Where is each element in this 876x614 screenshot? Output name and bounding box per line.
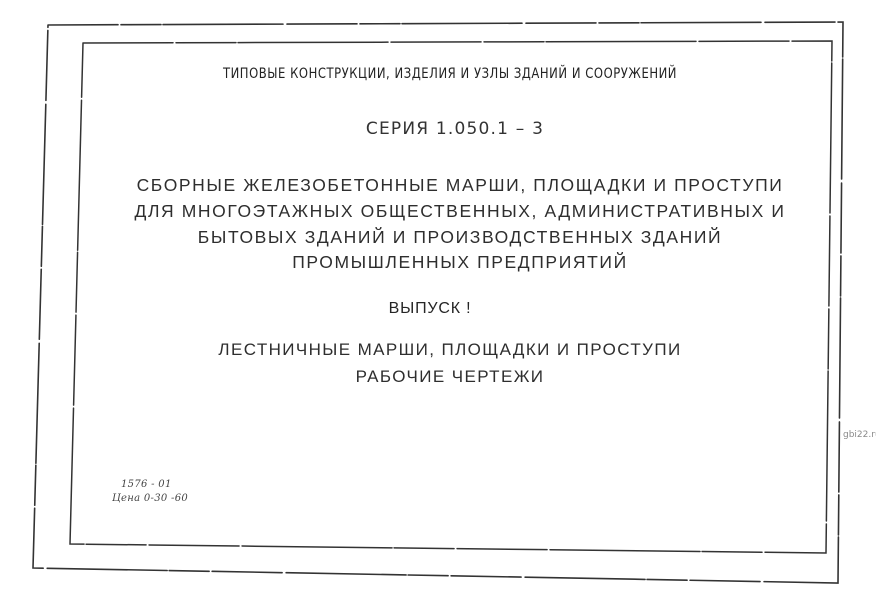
handwritten-note: Цена 0-30 -60 [112, 493, 188, 504]
watermark: gbi22.ru [843, 430, 876, 440]
issue-label: ВЫПУСК ! [330, 300, 530, 318]
title-line: ПРОМЫШЛЕННЫХ ПРЕДПРИЯТИЙ [100, 252, 820, 273]
subtitle-line: ЛЕСТНИЧНЫЕ МАРШИ, ПЛОЩАДКИ И ПРОСТУПИ [150, 340, 750, 360]
series-header: ТИПОВЫЕ КОНСТРУКЦИИ, ИЗДЕЛИЯ И УЗЛЫ ЗДАН… [202, 66, 699, 82]
subtitle-line: РАБОЧИЕ ЧЕРТЕЖИ [150, 367, 750, 387]
handwritten-note: 1576 - 01 [121, 479, 172, 490]
title-line: СБОРНЫЕ ЖЕЛЕЗОБЕТОННЫЕ МАРШИ, ПЛОЩАДКИ И… [100, 175, 820, 196]
series-code: СЕРИЯ 1.050.1 – 3 [340, 119, 570, 139]
title-line: БЫТОВЫХ ЗДАНИЙ И ПРОИЗВОДСТВЕННЫХ ЗДАНИЙ [100, 227, 820, 248]
inner-border [70, 41, 832, 553]
title-line: ДЛЯ МНОГОЭТАЖНЫХ ОБЩЕСТВЕННЫХ, АДМИНИСТР… [100, 201, 820, 222]
